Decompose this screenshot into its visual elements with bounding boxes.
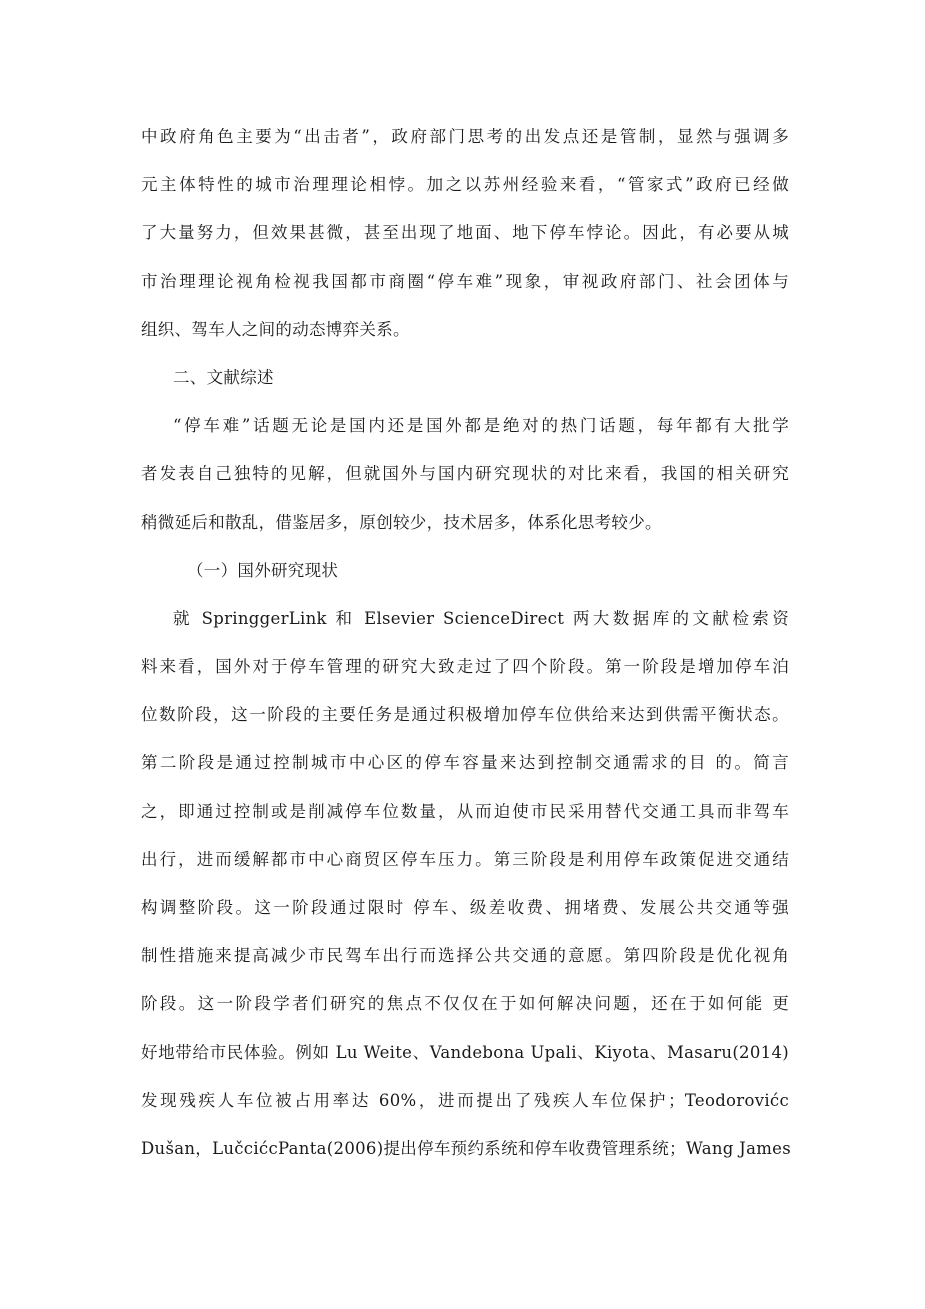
paragraph-line: 元主体特性的城市治理理论相悖。加之以苏州经验来看，“管家式”政府已经做 — [141, 166, 789, 214]
paragraph-line: 制性措施来提高减少市民驾车出行而选择公共交通的意愿。第四阶段是优化视角 — [141, 937, 789, 985]
paragraph-line: 出行，进而缓解都市中心商贸区停车压力。第三阶段是利用停车政策促进交通结 — [141, 841, 789, 889]
paragraph-line: 料来看，国外对于停车管理的研究大致走过了四个阶段。第一阶段是增加停车泊 — [141, 648, 789, 696]
paragraph-line: 第二阶段是通过控制城市中心区的停车容量来达到控制交通需求的目 的。简言 — [141, 744, 789, 792]
paragraph-line: 了大量努力，但效果甚微，甚至出现了地面、地下停车悖论。因此，有必要从城 — [141, 214, 789, 262]
paragraph-line: 阶段。这一阶段学者们研究的焦点不仅仅在于如何解决问题，还在于如何能 更 — [141, 985, 789, 1033]
paragraph-line: “停车难”话题无论是国内还是国外都是绝对的热门话题，每年都有大批学 — [141, 407, 789, 455]
paragraph-line: 组织、驾车人之间的动态博弈关系。 — [141, 311, 789, 359]
paragraph-line: 发现残疾人车位被占用率达 60%，进而提出了残疾人车位保护；Teodorović… — [141, 1082, 789, 1130]
paragraph-line: 稍微延后和散乱，借鉴居多，原创较少，技术居多，体系化思考较少。 — [141, 504, 789, 552]
paragraph-line: Dušan，LučcićcPanta(2006)提出停车预约系统和停车收费管理系… — [141, 1130, 789, 1178]
paragraph-line: 构调整阶段。这一阶段通过限时 停车、级差收费、拥堵费、发展公共交通等强 — [141, 889, 789, 937]
paragraph-line: 之，即通过控制或是削减停车位数量，从而迫使市民采用替代交通工具而非驾车 — [141, 793, 789, 841]
paragraph-line: 就 SpringgerLink 和 Elsevier ScienceDirect… — [141, 600, 789, 648]
paragraph-line: 位数阶段，这一阶段的主要任务是通过积极增加停车位供给来达到供需平衡状态。 — [141, 696, 789, 744]
document-page: 中政府角色主要为“出击者”，政府部门思考的出发点还是管制，显然与强调多 元主体特… — [141, 118, 789, 1178]
paragraph-line: 市治理理论视角检视我国都市商圈“停车难”现象，审视政府部门、社会团体与 — [141, 263, 789, 311]
paragraph-line: 者发表自己独特的见解，但就国外与国内研究现状的对比来看，我国的相关研究 — [141, 455, 789, 503]
subsection-heading: （一）国外研究现状 — [141, 552, 789, 600]
paragraph-line: 好地带给市民体验。例如 Lu Weite、Vandebona Upali、Kiy… — [141, 1034, 789, 1082]
section-heading: 二、文献综述 — [141, 359, 789, 407]
paragraph-line: 中政府角色主要为“出击者”，政府部门思考的出发点还是管制，显然与强调多 — [141, 118, 789, 166]
